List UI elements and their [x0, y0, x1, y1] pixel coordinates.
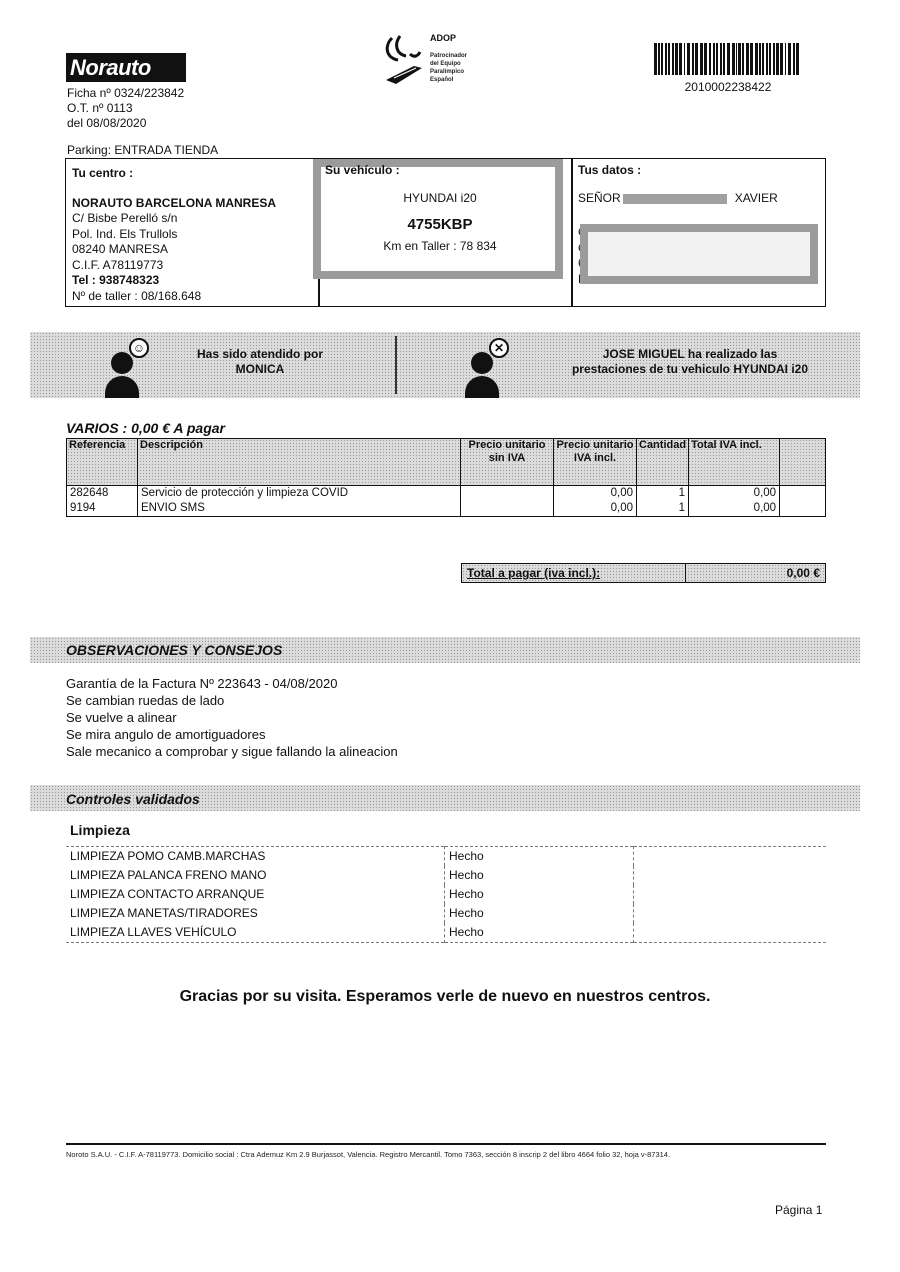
ot-number: O.T. nº 0113: [67, 101, 184, 116]
centro-address1: C/ Bisbe Perelló s/n: [72, 211, 276, 227]
ficha-number: Ficha nº 0324/223842: [67, 86, 184, 101]
observaciones-list: Garantía de la Factura Nº 223643 - 04/08…: [66, 675, 398, 760]
divider: [395, 336, 397, 394]
advisor-avatar-icon: ☺: [105, 338, 153, 396]
varios-table: Referencia Descripción Precio unitario s…: [66, 438, 826, 517]
order-meta: Ficha nº 0324/223842 O.T. nº 0113 del 08…: [67, 86, 184, 131]
centro-city: 08240 MANRESA: [72, 242, 276, 258]
sponsor-title: ADOP: [430, 33, 456, 43]
table-row: LIMPIEZA PALANCA FRENO MANOHecho: [66, 866, 826, 885]
table-header: Referencia Descripción Precio unitario s…: [67, 439, 826, 486]
mechanic-text: JOSE MIGUEL ha realizado las prestacione…: [540, 347, 840, 377]
vehicle-km: Km en Taller : 78 834: [320, 239, 560, 253]
list-item: Se vuelve a alinear: [66, 709, 398, 726]
centro-name: NORAUTO BARCELONA MANRESA: [72, 196, 276, 212]
footer-divider: [66, 1143, 826, 1145]
barcode-icon: [654, 43, 802, 75]
centro-section: Tu centro : NORAUTO BARCELONA MANRESA C/…: [72, 166, 276, 304]
thanks-message: Gracias por su visita. Esperamos verle d…: [0, 988, 890, 1006]
vehicle-label: Su vehículo :: [325, 163, 400, 177]
table-row: LIMPIEZA MANETAS/TIRADORESHecho: [66, 904, 826, 923]
barcode-number: 2010002238422: [654, 80, 802, 94]
col-referencia: Referencia: [67, 439, 138, 486]
col-precio-iva: Precio unitario IVA incl.: [554, 439, 637, 486]
sponsor-text: Patrocinador del Equipo Paralímpico Espa…: [430, 52, 467, 84]
controles-table: LIMPIEZA POMO CAMB.MARCHASHecho LIMPIEZA…: [66, 846, 826, 943]
centro-address2: Pol. Ind. Els Trullols: [72, 227, 276, 243]
tools-icon: ✕: [489, 338, 509, 358]
table-row: LIMPIEZA CONTACTO ARRANQUEHecho: [66, 885, 826, 904]
col-extra: [780, 439, 826, 486]
vehicle-plate: 4755KBP: [320, 216, 560, 233]
redaction-box: [580, 224, 818, 284]
centro-cif: C.I.F. A78119773: [72, 258, 276, 274]
observaciones-title: OBSERVACIONES Y CONSEJOS: [66, 642, 282, 658]
datos-label: Tus datos :: [578, 163, 641, 177]
parking-info: Parking: ENTRADA TIENDA: [67, 143, 218, 157]
mechanic-avatar-icon: ✕: [465, 338, 513, 396]
divider: [571, 159, 573, 306]
redaction-bar: [623, 194, 727, 204]
col-cantidad: Cantidad: [637, 439, 689, 486]
norauto-logo: Norauto: [66, 53, 186, 82]
legal-text: Noroto S.A.U. - C.I.F. A-78119773. Domic…: [66, 1150, 670, 1159]
centro-phone: Tel : 938748323: [72, 273, 276, 289]
table-row: LIMPIEZA LLAVES VEHÍCULOHecho: [66, 923, 826, 943]
col-total: Total IVA incl.: [689, 439, 780, 486]
col-descripcion: Descripción: [138, 439, 461, 486]
table-row: 282648 Servicio de protección y limpieza…: [67, 486, 826, 502]
table-row: LIMPIEZA POMO CAMB.MARCHASHecho: [66, 847, 826, 867]
centro-taller: Nº de taller : 08/168.648: [72, 289, 276, 305]
total-label: Total a pagar (iva incl.):: [462, 564, 686, 582]
list-item: Garantía de la Factura Nº 223643 - 04/08…: [66, 675, 398, 692]
smiley-icon: ☺: [129, 338, 149, 358]
staff-banner: ☺ Has sido atendido por MONICA ✕ JOSE MI…: [30, 332, 860, 398]
total-box: Total a pagar (iva incl.): 0,00 €: [461, 563, 826, 583]
vehicle-model: HYUNDAI i20: [320, 191, 560, 205]
brand-name: Norauto: [70, 55, 151, 80]
page-number: Página 1: [775, 1203, 822, 1217]
table-row: 9194 ENVIO SMS 0,00 1 0,00: [67, 501, 826, 517]
order-date: del 08/08/2020: [67, 116, 184, 131]
paralympic-logo-icon: [384, 32, 424, 92]
controles-group: Limpieza: [70, 822, 130, 838]
col-precio-sin-iva: Precio unitario sin IVA: [461, 439, 554, 486]
advisor-text: Has sido atendido por MONICA: [175, 347, 345, 377]
total-value: 0,00 €: [686, 564, 825, 582]
list-item: Se mira angulo de amortiguadores: [66, 726, 398, 743]
controles-title: Controles validados: [66, 791, 200, 807]
centro-label: Tu centro :: [72, 166, 276, 182]
list-item: Se cambian ruedas de lado: [66, 692, 398, 709]
varios-title: VARIOS : 0,00 € A pagar: [66, 420, 225, 436]
list-item: Sale mecanico a comprobar y sigue fallan…: [66, 743, 398, 760]
